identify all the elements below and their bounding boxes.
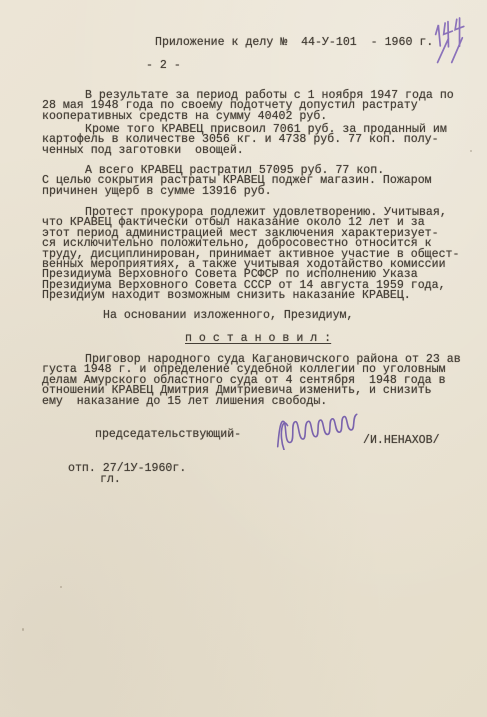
text-line: ченных под заготовки овощей.	[42, 146, 478, 156]
header-case-reference: Приложение к делу № 44-У-101 - 1960 г.	[155, 38, 433, 48]
page-number: - 2 -	[146, 61, 181, 71]
resolved-heading: п о с т а н о в и л :	[185, 334, 331, 344]
text-line: кооперативных средств на сумму 40402 руб…	[42, 112, 478, 122]
signature-ink-strokes	[270, 406, 374, 450]
paper-speck	[60, 586, 62, 588]
handwritten-page-number	[428, 16, 480, 75]
handwritten-digits-strokes	[428, 16, 480, 70]
scanned-document-page: Приложение к делу № 44-У-101 - 1960 г. -…	[0, 0, 487, 717]
paragraph-decision: Приговор народного суда Кагановичского р…	[42, 355, 478, 407]
footer-typed-date: отп. 27/1У-1960г.	[68, 464, 186, 474]
signature-scribble	[270, 406, 374, 455]
text-line: ему наказание до 15 лет лишения свободы.	[42, 397, 478, 407]
chairman-label: председательствующий-	[95, 430, 241, 440]
paragraph-appropriated-funds: Кроме того КРАВЕЦ присвоил 7061 руб. за …	[42, 125, 478, 156]
paper-speck	[22, 628, 24, 631]
text-line: Президиум находит возможным снизить нака…	[42, 291, 478, 301]
footer-initials: гл.	[100, 475, 121, 485]
paper-speck	[470, 150, 472, 152]
paragraph-embezzlement-total: В результате за период работы с 1 ноября…	[42, 91, 478, 122]
chairman-typed-name: /И.НЕНАХОВ/	[363, 436, 440, 446]
resolution-intro-line: На основании изложенного, Президиум,	[103, 311, 353, 321]
paragraph-prosecutor-protest: Протест прокурора подлежит удовлетворени…	[42, 208, 478, 302]
paragraph-arson-damage: А всего КРАВЕЦ растратил 57095 руб. 77 к…	[42, 166, 478, 197]
text-line: причинен ущерб в сумме 13916 руб.	[42, 187, 478, 197]
